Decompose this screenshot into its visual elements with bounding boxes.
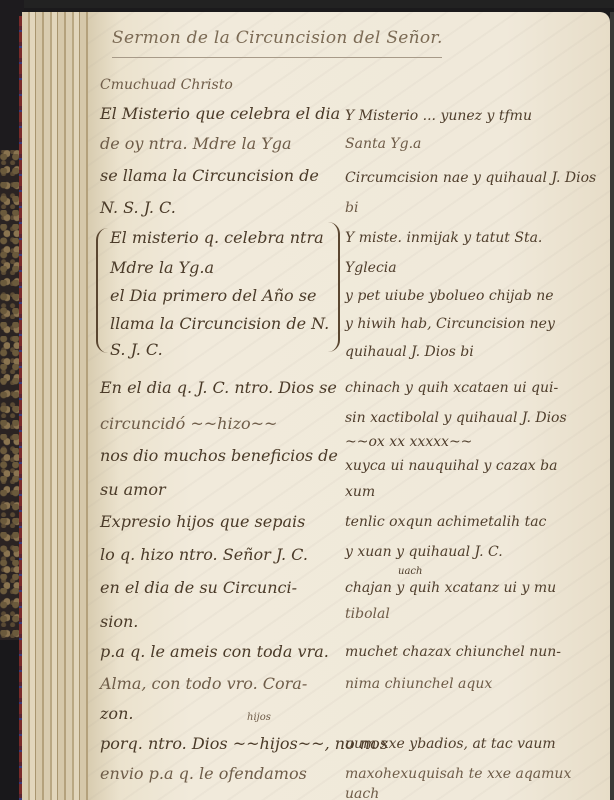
left-line: el Dia primero del Año se [110, 286, 316, 306]
left-line: Alma, con todo vro. Cora- [100, 674, 307, 694]
right-line: uach [345, 784, 379, 800]
right-line: quihaual J. Dios bi [345, 342, 474, 362]
left-line: llama la Circuncision de N. [110, 314, 329, 334]
left-line: envio p.a q. le ofendamos [100, 764, 307, 784]
page-title: Sermon de la Circuncision del Señor. [112, 28, 443, 48]
right-line: Circumcision nae y quihaual J. Dios [345, 168, 596, 188]
left-line: Mdre la Yg.a [110, 258, 214, 278]
right-line: Yglecia [345, 258, 397, 278]
opening-line: Cmuchuad Christo [100, 75, 233, 95]
right-line: nima chiunchel aqux [345, 674, 492, 694]
right-line: Y miste. inmijak y tatut Sta. [345, 228, 542, 248]
left-line: lo q. hizo ntro. Señor J. C. [100, 545, 308, 565]
left-line: nos dio muchos beneficios de [100, 446, 338, 466]
left-line: en el dia de su Circunci- [100, 578, 297, 598]
left-line: zon. [100, 704, 133, 724]
right-line: tibolal [345, 604, 390, 624]
interlinear-uach: uach [398, 566, 422, 577]
left-line: En el dia q. J. C. ntro. Dios se [100, 378, 337, 398]
right-line: tenlic oxqun achimetalih tac [345, 512, 546, 532]
left-line: S. J. C. [110, 340, 163, 360]
left-line: de oy ntra. Mdre la Yga [100, 134, 292, 154]
book-cover-top [0, 0, 614, 8]
interlinear-hijos: hijos [247, 712, 271, 723]
right-line: chajan y quih xcatanz ui y mu [345, 578, 556, 598]
left-line: su amor [100, 480, 166, 500]
page-stack [22, 12, 92, 800]
right-line: y pet uiube ybolueo chijab ne [345, 286, 554, 306]
right-line: ~~ox xx xxxxx~~ [345, 432, 472, 452]
right-line: y xuan y quihaual J. C. [345, 542, 503, 562]
right-bracket [328, 222, 340, 352]
left-line: N. S. J. C. [100, 198, 176, 218]
right-line: xuyca ui nauquihal y cazax ba [345, 456, 557, 476]
left-line: circuncidó ~~hizo~~ [100, 414, 277, 434]
left-line: El misterio q. celebra ntra [110, 228, 324, 248]
left-line: El Misterio que celebra el dia [100, 104, 340, 124]
left-line: sion. [100, 612, 138, 632]
right-line: maxohexuquisah te xxe aqamux [345, 764, 571, 784]
left-line: se llama la Circuncision de [100, 166, 319, 186]
right-line: chinach y quih xcataen ui qui- [345, 378, 558, 398]
left-line: p.a q. le ameis con toda vra. [100, 642, 329, 662]
left-line: Expresio hijos que sepais [100, 512, 305, 532]
right-line: y hiwih hab, Circuncision ney [345, 314, 555, 334]
right-line: Santa Yg.a [345, 134, 421, 154]
right-line: uum xxe ybadios, at tac vaum [345, 734, 556, 754]
right-line: Y Misterio ... yunez y tfmu [345, 106, 532, 126]
title-rule [112, 57, 442, 58]
right-cover-edge [610, 12, 614, 800]
left-bracket [96, 228, 108, 353]
right-line: bi [345, 198, 358, 218]
right-line: sin xactibolal y quihaual J. Dios [345, 408, 567, 428]
right-line: xum [345, 482, 375, 502]
right-line: muchet chazax chiunchel nun- [345, 642, 561, 662]
